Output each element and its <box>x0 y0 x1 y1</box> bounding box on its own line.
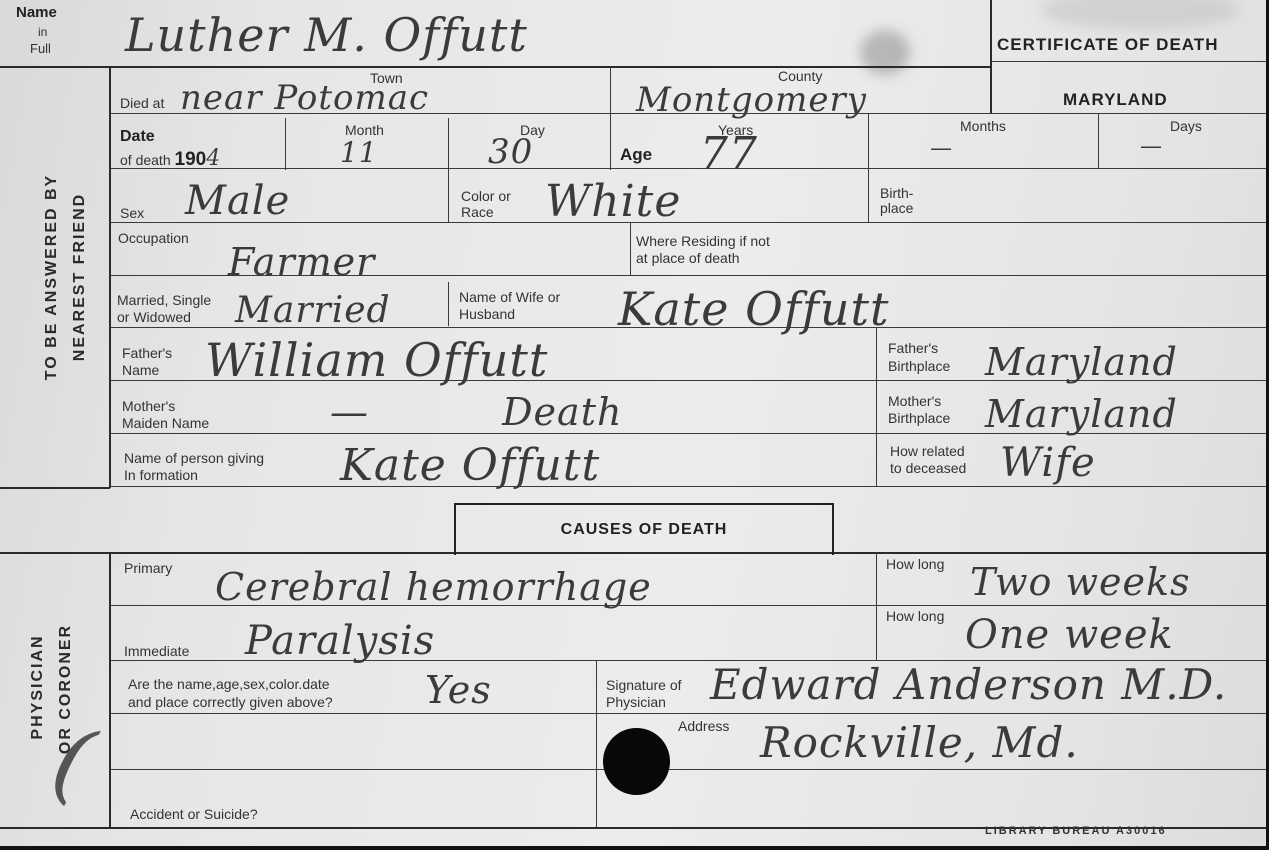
rule <box>630 222 631 275</box>
verification-label-1: Are the name,age,sex,color.date <box>128 676 330 693</box>
rule <box>110 713 1266 714</box>
days-label: Days <box>1170 118 1202 135</box>
physician-signature: Edward Anderson M.D. <box>710 660 1227 709</box>
punch-hole <box>603 728 670 795</box>
spouse-label-2: Husband <box>459 306 515 323</box>
death-certificate-card: Name in Full Luther M. Offutt CERTIFICAT… <box>0 0 1269 850</box>
of-death-label: of death 1904 <box>120 150 221 169</box>
mother-birthplace-label-1: Mother's <box>888 393 941 410</box>
physician-label-2: Physician <box>606 694 666 711</box>
causes-heading: CAUSES OF DEATH <box>561 521 728 539</box>
name-label-full: Full <box>30 40 51 57</box>
rule <box>1098 113 1099 168</box>
father-birthplace-value: Maryland <box>985 340 1178 384</box>
side-label-line2: NEAREST FRIEND <box>71 193 88 361</box>
informant-label-1: Name of person giving <box>124 450 264 467</box>
informant-value: Kate Offutt <box>340 440 600 491</box>
occupation-label: Occupation <box>118 230 189 247</box>
certificate-title: CERTIFICATE OF DEATH <box>997 36 1218 53</box>
rule <box>992 61 1266 62</box>
father-birthplace-label-1: Father's <box>888 340 938 357</box>
father-name-label-2: Name <box>122 362 159 379</box>
mother-name-label-1: Mother's <box>122 398 175 415</box>
side-label-nearest-friend: TO BE ANSWERED BY <box>43 152 67 402</box>
mother-birthplace-value: Maryland <box>985 392 1178 436</box>
primary-cause-value: Cerebral hemorrhage <box>215 565 652 609</box>
rule <box>110 168 1266 169</box>
rule <box>990 0 992 113</box>
rule <box>110 769 1266 770</box>
relation-label-2: to deceased <box>890 460 966 477</box>
county-value: Montgomery <box>636 80 867 120</box>
occupation-value: Farmer <box>228 240 375 284</box>
died-at-label: Died at <box>120 95 164 112</box>
marital-label-1: Married, Single <box>117 292 211 309</box>
rule <box>448 118 449 222</box>
address-label: Address <box>678 718 729 735</box>
rule <box>109 66 111 488</box>
father-birthplace-label-2: Birthplace <box>888 358 950 375</box>
rule <box>109 552 111 828</box>
rule <box>596 660 597 828</box>
of-death-text: of death <box>120 152 171 168</box>
sex-value: Male <box>185 178 290 224</box>
immediate-duration-label: How long <box>886 608 944 625</box>
spouse-label-1: Name of Wife or <box>459 289 560 306</box>
primary-cause-label: Primary <box>124 560 172 577</box>
paper-shadow <box>1040 0 1240 30</box>
month-value: 11 <box>340 136 378 169</box>
informant-label-2: In formation <box>124 467 198 484</box>
mother-birthplace-label-2: Birthplace <box>888 410 950 427</box>
color-race-label-2: Race <box>461 204 494 221</box>
town-value: near Potomac <box>180 78 429 118</box>
rule <box>110 486 1266 487</box>
sex-label: Sex <box>120 205 144 222</box>
causes-heading-box: CAUSES OF DEATH <box>454 503 834 555</box>
address-value: Rockville, Md. <box>760 718 1079 767</box>
name-label: Name <box>16 4 57 21</box>
age-label: Age <box>620 146 652 163</box>
primary-duration-label: How long <box>886 556 944 573</box>
date-label: Date <box>120 128 155 145</box>
birthplace-label-2: place <box>880 200 913 217</box>
primary-duration-value: Two weeks <box>970 560 1191 604</box>
age-days-value: — <box>1140 134 1163 159</box>
father-name-value: William Offutt <box>205 333 548 387</box>
spouse-value: Kate Offutt <box>618 282 889 336</box>
accident-suicide-label: Accident or Suicide? <box>130 806 258 823</box>
color-race-label-1: Color or <box>461 188 511 205</box>
residence-label-2: at place of death <box>636 250 740 267</box>
side-label-line1: TO BE ANSWERED BY <box>43 174 60 380</box>
side-label-nearest-friend-2: NEAREST FRIEND <box>71 152 95 402</box>
residence-label-1: Where Residing if not <box>636 233 770 250</box>
ink-smudge <box>860 30 910 75</box>
age-months-value: — <box>930 136 953 161</box>
physician-label-1: Signature of <box>606 677 682 694</box>
name-label-in: in <box>38 24 47 41</box>
rule <box>0 66 990 68</box>
rule <box>0 487 110 489</box>
color-race-value: White <box>545 176 681 227</box>
library-bureau-mark: LIBRARY BUREAU A30016 <box>985 825 1167 837</box>
immediate-cause-value: Paralysis <box>245 618 435 664</box>
side-label-physician: PHYSICIAN <box>29 587 53 787</box>
rule <box>876 552 877 660</box>
immediate-duration-value: One week <box>965 612 1174 658</box>
full-name-value: Luther M. Offutt <box>125 8 528 62</box>
mother-maiden-name-value: — Death <box>330 390 622 434</box>
verification-value: Yes <box>425 668 492 712</box>
rule <box>876 327 877 487</box>
mother-name-label-2: Maiden Name <box>122 415 209 432</box>
year-prefix: 190 <box>175 149 207 170</box>
father-name-label-1: Father's <box>122 345 172 362</box>
rule <box>610 66 611 170</box>
rule <box>448 282 449 326</box>
year-suffix: 4 <box>206 146 221 171</box>
months-label: Months <box>960 118 1006 135</box>
side-label-line3: PHYSICIAN <box>29 634 46 739</box>
verification-label-2: and place correctly given above? <box>128 694 333 711</box>
relation-value: Wife <box>1000 440 1096 486</box>
relation-label-1: How related <box>890 443 965 460</box>
marital-value: Married <box>235 290 391 331</box>
age-years-value: 77 <box>700 128 758 179</box>
day-value: 30 <box>488 132 533 172</box>
state-name: MARYLAND <box>1063 91 1168 108</box>
marital-label-2: or Widowed <box>117 309 191 326</box>
immediate-cause-label: Immediate <box>124 643 189 660</box>
rule <box>285 118 286 170</box>
